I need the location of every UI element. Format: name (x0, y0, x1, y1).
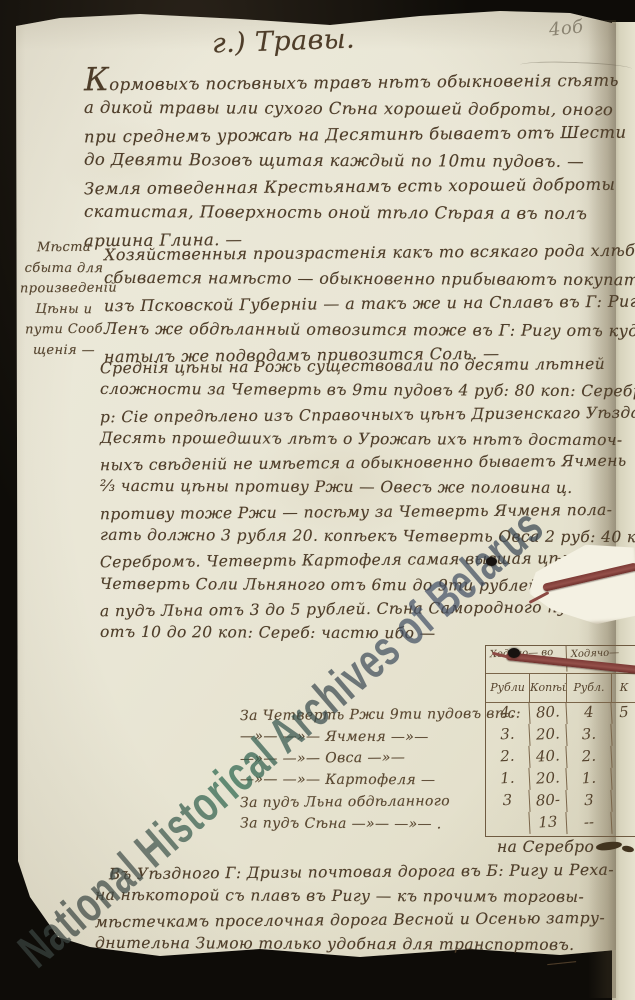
price-cell-kopecks-1: 20. (529, 768, 567, 792)
handwritten-line: а дикой травы или сухого Сѣна хорошей до… (84, 95, 620, 123)
price-cell-rubles-1 (485, 812, 530, 836)
handwritten-line: на нѣкоторой съ плавъ въ Ригу — къ прочи… (95, 883, 625, 909)
price-table-subheader: Рубл. (567, 674, 612, 702)
price-cell-kopecks-1: 40. (529, 746, 567, 770)
price-table-subheaders: РублиКопѣйРубл.К (486, 674, 635, 703)
price-cell-kopecks-2 (611, 724, 635, 747)
price-cell-kopecks-2 (611, 768, 635, 791)
closing-flourish: ⸺ (544, 946, 577, 975)
handwritten-line: Десять прошедшихъ лѣтъ о Урожаѣ ихъ нѣтъ… (100, 426, 630, 453)
price-cell-rubles-2: 3. (566, 724, 612, 748)
price-table-row: 13 -- (486, 813, 635, 835)
handwritten-line: до Девяти Возовъ щитая каждый по 10ти пу… (84, 147, 620, 175)
handwritten-line: Кормовыхъ посѣвныхъ травъ нѣтъ обыкновен… (84, 62, 620, 99)
handwritten-line: мѣстечкамъ проселочная дорога Весной и О… (95, 906, 625, 935)
scanned-manuscript-page: 4об г.) Травы. Кормовыхъ посѣвныхъ травъ… (0, 0, 635, 1000)
price-table-row: 3. 20. 3. (486, 725, 635, 747)
paragraph-markets: Хозяйственныя произрастенія какъ то всяк… (104, 240, 624, 368)
price-table-subheader: Рубли (486, 674, 530, 702)
price-cell-kopecks-1: 80. (529, 702, 567, 726)
handwritten-line: р: Сіе опредѣлено изъ Справочныхъ цѣнъ Д… (100, 400, 630, 429)
handwritten-line: изъ Псковской Губерніи — а такъ же и на … (104, 289, 624, 319)
price-cell-kopecks-1: 20. (529, 724, 567, 748)
price-table-body: 4. 80. 4 5 3. 20. 3. 2. 40. 2. 1. 20. 1. (486, 703, 635, 835)
price-cell-rubles-1: 2. (485, 746, 530, 770)
margin-note-line: щенія — (20, 340, 108, 361)
handwritten-line: Ленъ же обдѣланный отвозится тоже въ Г: … (104, 315, 624, 343)
price-table-row: 2. 40. 2. (486, 747, 635, 769)
margin-note-line: пути Сооб (20, 320, 108, 341)
paragraph-roads: Въ Уѣздного Г: Дризы почтовая дорога въ … (95, 860, 625, 956)
handwritten-line: при среднемъ урожаѣ на Десятинѣ бываетъ … (84, 120, 620, 151)
price-cell-rubles-1: 3. (485, 724, 530, 748)
price-row-label: За пудъ Льна обдѣланного (240, 791, 488, 815)
silver-note: на Серебро (497, 838, 594, 856)
handwritten-line: сложности за Четверть въ 9ти пудовъ 4 ру… (100, 377, 630, 404)
handwritten-line: Земля отведенная Крестьянамъ есть хороше… (84, 172, 620, 203)
price-cell-kopecks-1: 13 (529, 812, 567, 836)
price-cell-rubles-1: 4. (485, 702, 530, 726)
price-cell-rubles-2: 2. (566, 746, 612, 770)
price-row-label: За пудъ Сѣна —»— —»— . (240, 813, 488, 836)
price-cell-rubles-1: 1. (485, 768, 530, 792)
margin-note-line: произведеній (20, 279, 108, 300)
price-table: Ходячо— воХодячо— РублиКопѣйРубл.К 4. 80… (485, 645, 635, 837)
price-cell-rubles-1: 3 (485, 790, 530, 814)
price-table-row: 1. 20. 1. (486, 769, 635, 791)
price-cell-kopecks-2: 5 (611, 702, 635, 725)
price-table-subheader: Копѣй (530, 674, 567, 702)
price-cell-kopecks-2 (611, 790, 635, 813)
price-table-subheader: К (612, 674, 635, 702)
folio-number: 4об (548, 16, 584, 40)
punched-hole (508, 648, 520, 658)
price-cell-kopecks-1: 80- (529, 790, 567, 814)
handwritten-line: Хозяйственныя произрастенія какъ то всяк… (104, 238, 624, 268)
price-cell-kopecks-2 (611, 746, 635, 769)
price-cell-rubles-2: -- (566, 812, 612, 836)
price-table-row: 4. 80. 4 5 (486, 703, 635, 725)
price-cell-rubles-2: 3 (566, 790, 612, 814)
section-title: г.) Травы. (212, 24, 356, 60)
margin-note-line: Цѣны и (20, 299, 108, 320)
price-cell-rubles-2: 1. (566, 768, 612, 792)
handwritten-line: сбывается намѣсто — обыкновенно прибываю… (104, 264, 624, 292)
price-cell-rubles-2: 4 (566, 702, 612, 726)
handwritten-line: скатистая, Поверхность оной тѣло Сѣрая а… (84, 199, 620, 227)
margin-note: Мѣстасбыта дляпроизведенійЦѣны ипути Соо… (20, 238, 108, 361)
margin-note-line: сбыта для (20, 258, 108, 279)
paragraph-soil-and-hay: Кормовыхъ посѣвныхъ травъ нѣтъ обыкновен… (84, 64, 620, 252)
punched-hole (486, 557, 497, 566)
margin-note-line: Мѣста (20, 238, 108, 259)
price-table-row: 3 80- 3 (486, 791, 635, 813)
price-cell-kopecks-2 (611, 812, 635, 835)
